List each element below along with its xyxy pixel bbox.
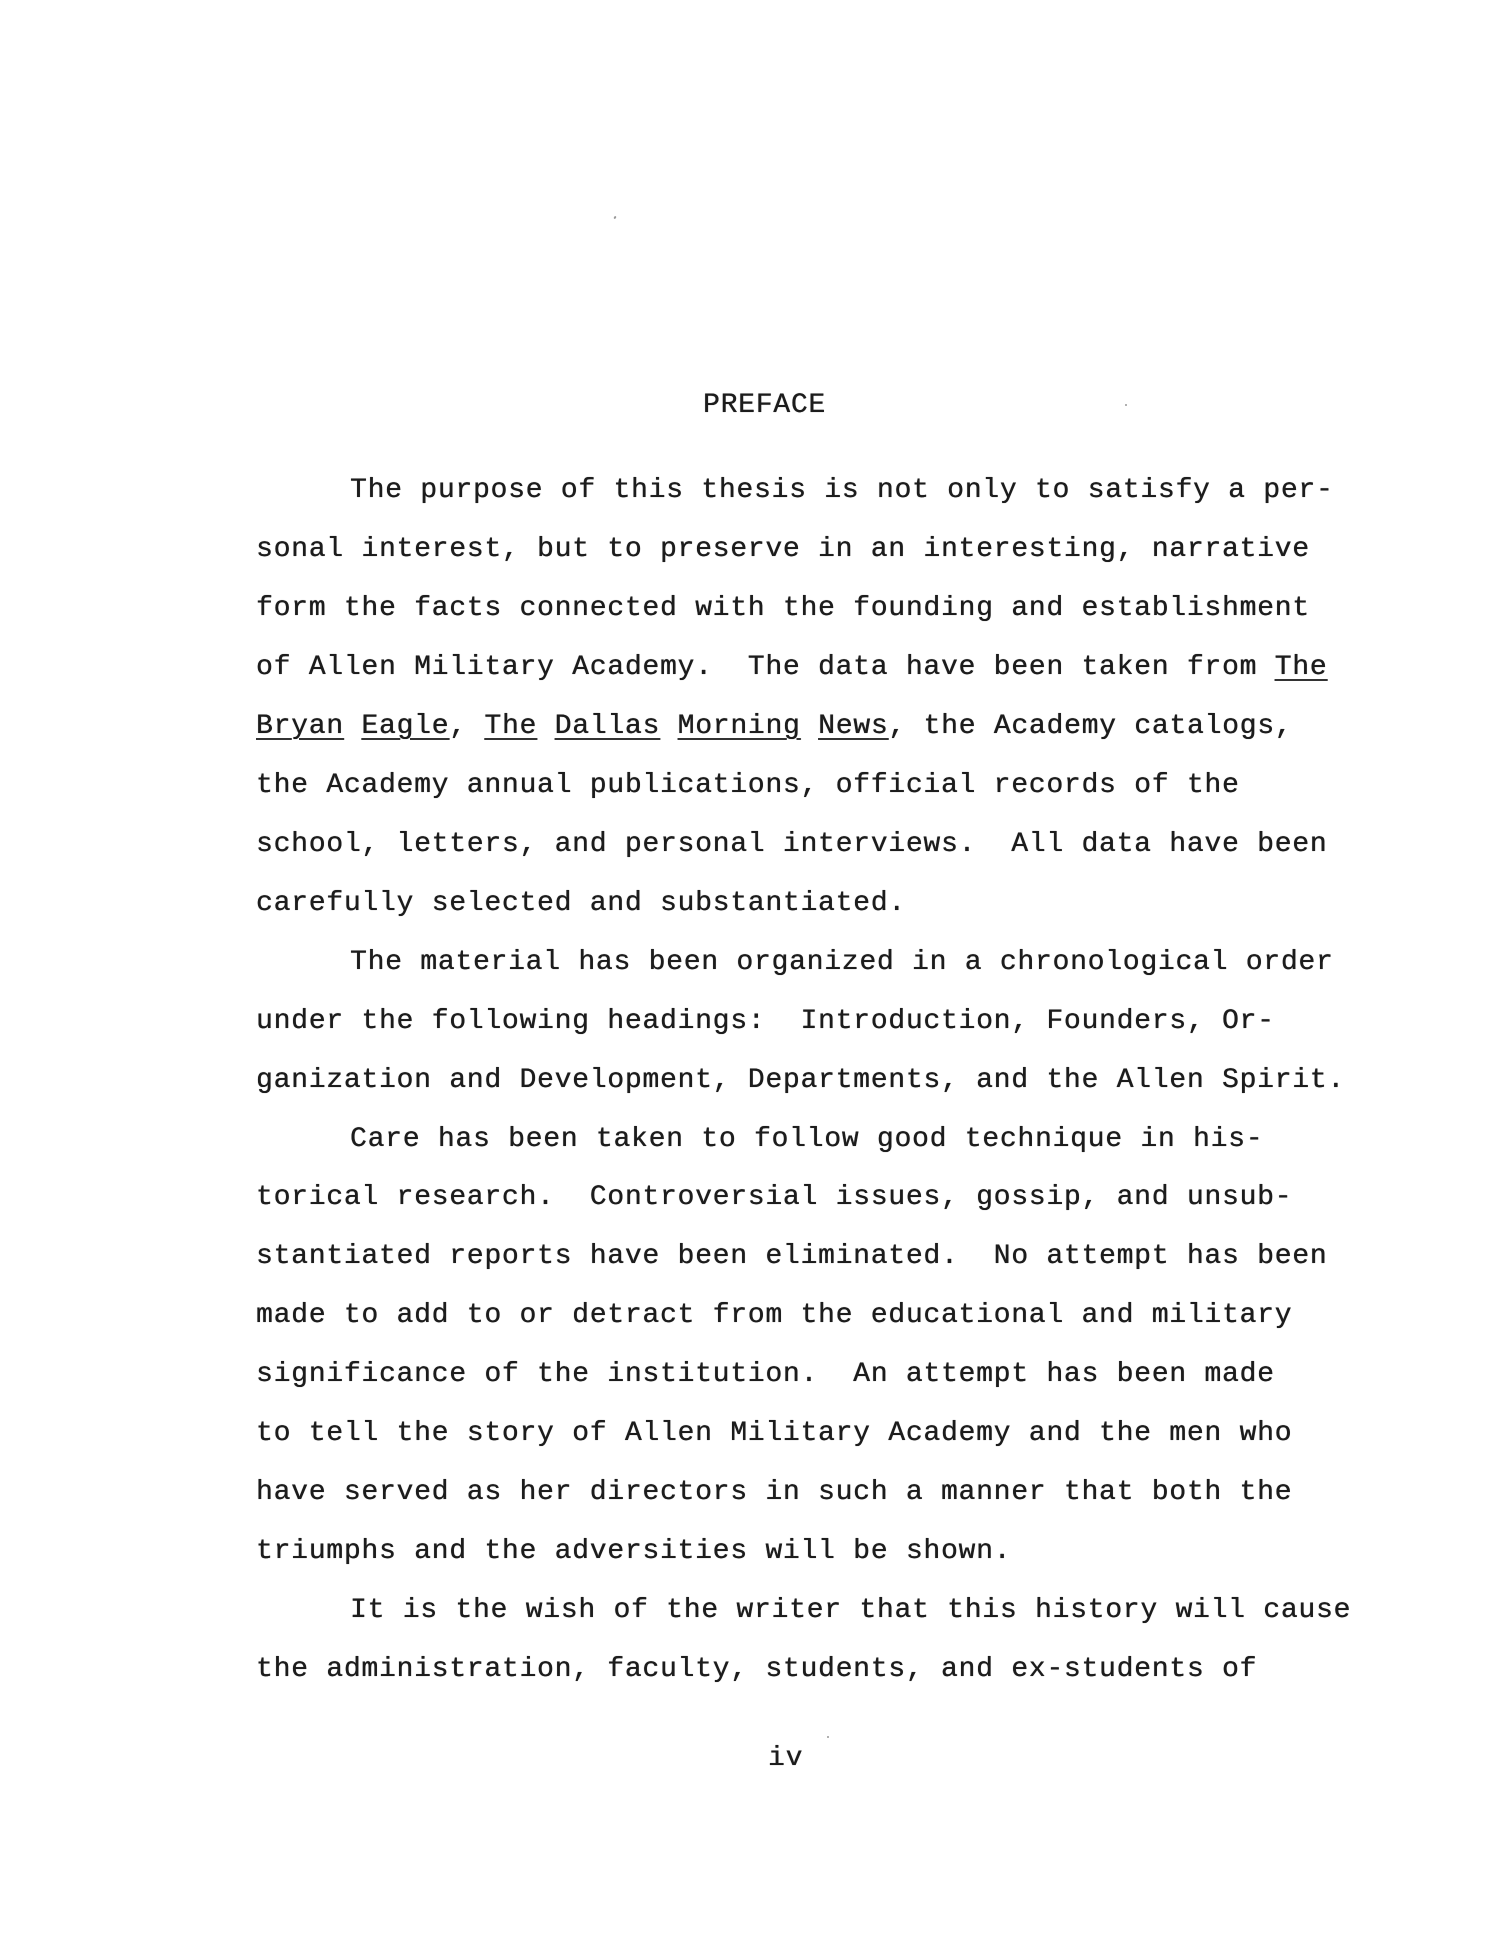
paper-speck	[827, 1736, 829, 1738]
text-line: to tell the story of Allen Military Acad…	[256, 1420, 1292, 1448]
underlined-title-word: The	[1275, 652, 1328, 683]
text-line: torical research. Controversial issues, …	[256, 1184, 1292, 1212]
text-segment: sonal interest, but to preserve in an in…	[256, 534, 1310, 565]
text-line: Care has been taken to follow good techn…	[350, 1126, 1263, 1154]
text-segment	[344, 711, 362, 742]
text-line: carefully selected and substantiated.	[256, 890, 906, 918]
underlined-title-word: Bryan	[256, 711, 344, 742]
text-segment	[801, 711, 819, 742]
text-segment: ganization and Development, Departments,…	[256, 1065, 1345, 1096]
text-segment: The purpose of this thesis is not only t…	[350, 475, 1334, 506]
text-segment: to tell the story of Allen Military Acad…	[256, 1418, 1292, 1449]
text-line: significance of the institution. An atte…	[256, 1361, 1275, 1389]
text-segment: ,	[449, 711, 484, 742]
paper-speck	[613, 216, 616, 220]
text-segment: The material has been organized in a chr…	[350, 947, 1334, 978]
page-heading: PREFACE	[703, 392, 826, 420]
text-segment: school, letters, and personal interviews…	[256, 829, 1327, 860]
text-line: The material has been organized in a chr…	[350, 949, 1334, 977]
text-segment: , the Academy catalogs,	[888, 711, 1292, 742]
text-segment: torical research. Controversial issues, …	[256, 1182, 1292, 1213]
underlined-title-word: Dallas	[555, 711, 660, 742]
text-line: made to add to or detract from the educa…	[256, 1302, 1292, 1330]
text-segment: triumphs and the adversities will be sho…	[256, 1536, 1011, 1567]
text-segment: have served as her directors in such a m…	[256, 1477, 1292, 1508]
text-line: of Allen Military Academy. The data have…	[256, 654, 1327, 682]
text-segment	[660, 711, 678, 742]
text-line: under the following headings: Introducti…	[256, 1008, 1275, 1036]
text-segment: Care has been taken to follow good techn…	[350, 1124, 1263, 1155]
text-line: the Academy annual publications, officia…	[256, 772, 1240, 800]
text-line: It is the wish of the writer that this h…	[350, 1597, 1351, 1625]
text-segment: carefully selected and substantiated.	[256, 888, 906, 919]
text-line: Bryan Eagle, The Dallas Morning News, th…	[256, 713, 1292, 741]
underlined-title-word: Eagle	[361, 711, 449, 742]
text-line: school, letters, and personal interviews…	[256, 831, 1327, 859]
text-segment: under the following headings: Introducti…	[256, 1006, 1275, 1037]
text-segment: made to add to or detract from the educa…	[256, 1300, 1292, 1331]
text-line: form the facts connected with the foundi…	[256, 595, 1310, 623]
document-page: PREFACE The purpose of this thesis is no…	[0, 0, 1500, 1941]
page-number: iv	[768, 1745, 803, 1773]
text-segment: the Academy annual publications, officia…	[256, 770, 1240, 801]
text-line: The purpose of this thesis is not only t…	[350, 477, 1334, 505]
underlined-title-word: The	[484, 711, 537, 742]
text-segment: form the facts connected with the foundi…	[256, 593, 1310, 624]
text-line: stantiated reports have been eliminated.…	[256, 1243, 1327, 1271]
text-segment: significance of the institution. An atte…	[256, 1359, 1275, 1390]
text-line: sonal interest, but to preserve in an in…	[256, 536, 1310, 564]
text-segment: It is the wish of the writer that this h…	[350, 1595, 1351, 1626]
text-line: the administration, faculty, students, a…	[256, 1656, 1257, 1684]
text-segment: stantiated reports have been eliminated.…	[256, 1241, 1327, 1272]
text-segment: the administration, faculty, students, a…	[256, 1654, 1257, 1685]
text-line: triumphs and the adversities will be sho…	[256, 1538, 1011, 1566]
text-segment	[537, 711, 555, 742]
text-line: ganization and Development, Departments,…	[256, 1067, 1345, 1095]
underlined-title-word: Morning	[678, 711, 801, 742]
text-segment: of Allen Military Academy. The data have…	[256, 652, 1275, 683]
text-line: have served as her directors in such a m…	[256, 1479, 1292, 1507]
paper-speck	[1125, 404, 1127, 406]
underlined-title-word: News	[818, 711, 888, 742]
